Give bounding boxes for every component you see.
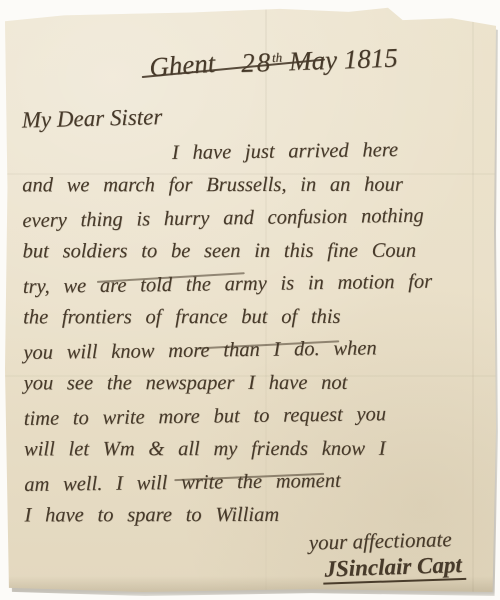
body-line: time to write more but to request you (24, 397, 477, 436)
body-line: you will know more than I do. when (23, 331, 476, 370)
body-line: but soldiers to be seen in this fine Cou… (23, 235, 476, 269)
body-line: every thing is hurry and confusion nothi… (22, 199, 475, 238)
salutation: My Dear Sister (21, 96, 475, 133)
body-line: the frontiers of france but of this (23, 301, 476, 335)
place-name: Ghent (148, 48, 216, 84)
scanned-letter-scene: Ghent28th May 1815 My Dear Sister I have… (0, 0, 500, 600)
body-line: I have just arrived here (22, 133, 475, 172)
letter-body: I have just arrived here and we march fo… (22, 134, 478, 533)
body-line: will let Wm & all my friends know I (24, 433, 477, 467)
body-line: try, we are told the army is in motion f… (23, 265, 476, 304)
letter-content: Ghent28th May 1815 My Dear Sister I have… (3, 4, 498, 593)
body-line: am well. I will write the moment (24, 463, 477, 502)
signature: JSinclair Capt (322, 552, 466, 585)
letter-paper: Ghent28th May 1815 My Dear Sister I have… (5, 6, 496, 592)
body-line: and we march for Brussells, in an hour (22, 169, 475, 203)
body-line: you see the newspaper I have not (24, 367, 477, 401)
dateline: Ghent28th May 1815 (149, 40, 475, 93)
date-day: 28 (241, 47, 273, 78)
